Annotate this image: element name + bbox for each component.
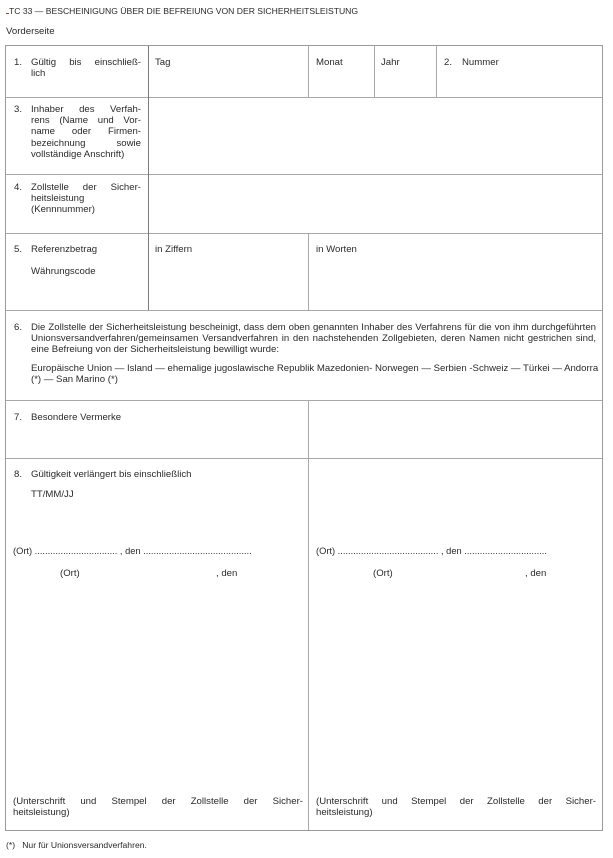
day-field[interactable]: Tag bbox=[155, 57, 170, 68]
number-field[interactable]: Nummer bbox=[462, 57, 499, 68]
form-title: TC 33 — BESCHEINIGUNG ÜBER DIE BEFREIUNG… bbox=[6, 6, 358, 16]
field3-label: Inhaber des Verfah- rens (Name und Vor- … bbox=[31, 104, 141, 160]
right-signature-label: (Unterschrift und Stempel der Zollstelle… bbox=[316, 796, 596, 818]
form-table: 1. Gültig bis einschließ- lich Tag Monat… bbox=[5, 45, 603, 831]
label-line: Inhaber des Verfah- bbox=[31, 104, 141, 115]
special-remarks-input-area[interactable] bbox=[309, 401, 602, 458]
label-line: Zollstelle der Sicher- bbox=[31, 182, 141, 193]
col-divider bbox=[308, 233, 309, 310]
col-divider bbox=[308, 400, 309, 830]
year-field[interactable]: Jahr bbox=[381, 57, 400, 68]
form-title-text: TC 33 — BESCHEINIGUNG ÜBER DIE BEFREIUNG… bbox=[9, 6, 358, 16]
col-divider bbox=[374, 46, 375, 97]
field-number: 7. bbox=[14, 412, 22, 423]
holder-input-area[interactable] bbox=[149, 98, 602, 174]
field-number: 3. bbox=[14, 104, 22, 115]
field1-label: Gültig bis einschließ- bbox=[31, 57, 141, 68]
signature-line: heitsleistung) bbox=[316, 807, 596, 818]
label-line: heitsleistung bbox=[31, 193, 141, 204]
validity-extended-label: Gültigkeit verlängert bis einschließlich bbox=[31, 469, 192, 480]
row-divider bbox=[6, 310, 602, 311]
signature-line: (Unterschrift und Stempel der Zollstelle… bbox=[13, 796, 303, 807]
field-number: 1. bbox=[14, 57, 22, 68]
label-line: (Kennnummer) bbox=[31, 204, 141, 215]
field-number: 8. bbox=[14, 469, 22, 480]
left-place-date-line[interactable]: (Ort) ................................ ,… bbox=[13, 546, 252, 557]
left-date-label: , den bbox=[216, 568, 237, 579]
label-line: rens (Name und Vor- bbox=[31, 115, 141, 126]
field-number: 2. bbox=[444, 57, 452, 68]
certification-text: Die Zollstelle der Sicherheitsleistung b… bbox=[31, 322, 596, 356]
col-divider bbox=[308, 46, 309, 97]
territories-list[interactable]: Europäische Union — Island — ehemalige j… bbox=[31, 363, 599, 385]
field-number: 6. bbox=[14, 322, 22, 333]
currency-code-label: Währungscode bbox=[31, 266, 96, 277]
page-side-label: Vorderseite bbox=[6, 26, 55, 37]
amount-digits-field[interactable]: in Ziffern bbox=[155, 244, 192, 255]
footnote: (*) Nur für Unionsversandverfahren. bbox=[6, 840, 147, 850]
right-place-date-line[interactable]: (Ort) ..................................… bbox=[316, 546, 547, 557]
date-format-label: TT/MM/JJ bbox=[31, 489, 74, 500]
left-place-label: (Ort) bbox=[60, 568, 80, 579]
amount-words-field[interactable]: in Worten bbox=[316, 244, 357, 255]
signature-line: heitsleistung) bbox=[13, 807, 303, 818]
label-line: vollständige Anschrift) bbox=[31, 149, 141, 160]
field-number: 5. bbox=[14, 244, 22, 255]
field1-label: lich bbox=[31, 68, 45, 79]
field1-label-line: Gültig bis einschließ- bbox=[31, 57, 141, 68]
right-date-label: , den bbox=[525, 568, 546, 579]
left-signature-label: (Unterschrift und Stempel der Zollstelle… bbox=[13, 796, 303, 818]
label-line: name oder Firmen- bbox=[31, 126, 141, 137]
month-field[interactable]: Monat bbox=[316, 57, 343, 68]
row-divider bbox=[6, 458, 602, 459]
special-remarks-label: Besondere Vermerke bbox=[31, 412, 121, 423]
field4-label: Zollstelle der Sicher- heitsleistung (Ke… bbox=[31, 182, 141, 216]
right-place-label: (Ort) bbox=[373, 568, 393, 579]
col-divider bbox=[436, 46, 437, 97]
reference-amount-label: Referenzbetrag bbox=[31, 244, 97, 255]
customs-office-input-area[interactable] bbox=[149, 175, 602, 233]
row-divider bbox=[6, 233, 602, 234]
field-number: 4. bbox=[14, 182, 22, 193]
signature-line: (Unterschrift und Stempel der Zollstelle… bbox=[316, 796, 596, 807]
label-line: bezeichnung sowie bbox=[31, 138, 141, 149]
